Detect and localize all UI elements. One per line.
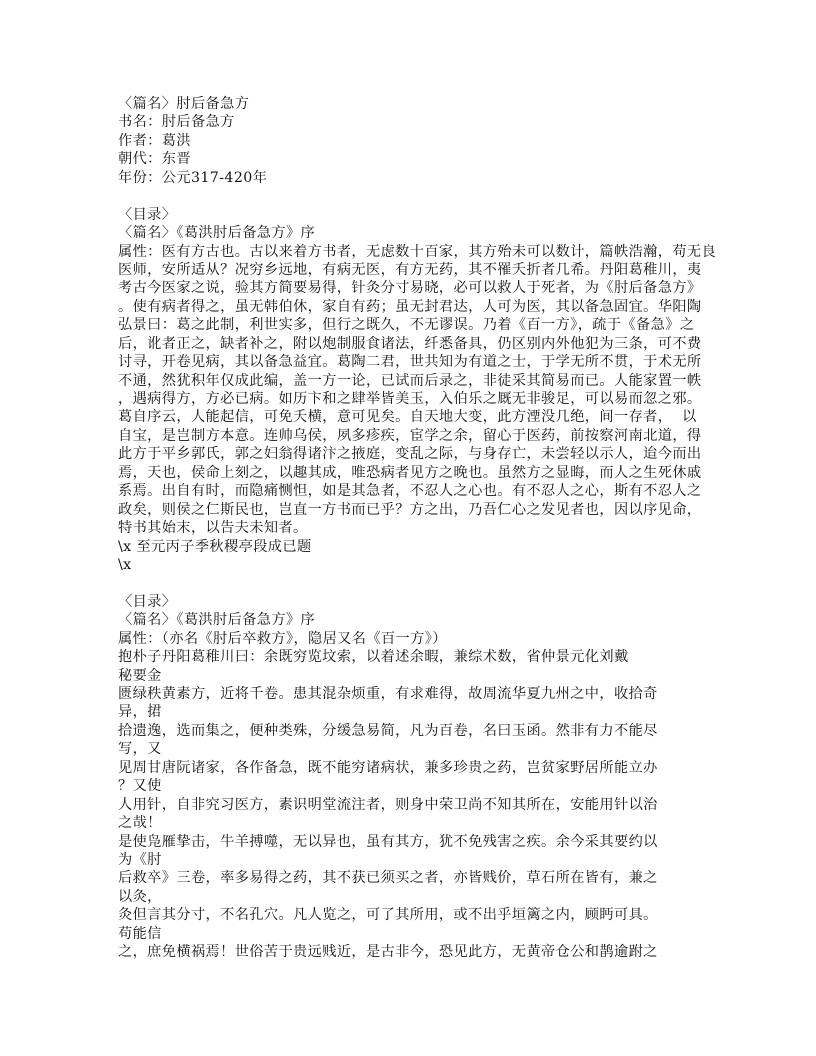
text-line: 异，捃 bbox=[118, 703, 708, 721]
blank-line bbox=[118, 187, 708, 205]
text-line: 焉，天也，侯命上刻之，以趣其成，唯恐病者见方之晚也。虽然方之显晦，而人之生死休戚 bbox=[118, 464, 708, 482]
text-line: 见周甘唐阮诸家，各作备急，既不能穷诸病状，兼多珍贵之药，岂贫家野居所能立办 bbox=[118, 759, 708, 777]
text-line: \x bbox=[118, 556, 708, 574]
text-line: 匮绿秩黄素方，近将千卷。患其混杂烦重，有求难得，故周流华夏九州之中，收拾奇 bbox=[118, 685, 708, 703]
text-line: ，遇病得方，方必已病。如历卞和之肆举皆美玉，入伯乐之厩无非骏足，可以易而忽之邪。 bbox=[118, 390, 708, 408]
text-line: 属性：医有方古也。古以来着方书者，无虑数十百家，其方殆未可以数计，篇帙浩瀚，苟无… bbox=[118, 243, 708, 261]
text-line: ？又使 bbox=[118, 777, 708, 795]
toc-tag: 〈目录〉 bbox=[118, 206, 708, 224]
text-line: 拾遗逸，选而集之，便种类殊，分缓急易简，凡为百卷，名曰玉函。然非有力不能尽 bbox=[118, 722, 708, 740]
years: 年份：公元317-420年 bbox=[118, 169, 708, 187]
text-line: 为《肘 bbox=[118, 851, 708, 869]
text-line: 后，讹者正之，缺者补之，附以炮制服食诸法，纤悉备具，仍区别内外他犯为三条，可不费 bbox=[118, 335, 708, 353]
toc-tag: 〈目录〉 bbox=[118, 593, 708, 611]
blank-line bbox=[118, 574, 708, 592]
text-line: 秘要金 bbox=[118, 667, 708, 685]
text-line: 以灸， bbox=[118, 888, 708, 906]
dynasty: 朝代：东晋 bbox=[118, 150, 708, 168]
chapter-title: 〈篇名〉《葛洪肘后备急方》序 bbox=[118, 224, 708, 242]
document-page: 〈篇名〉肘后备急方 书名：肘后备急方 作者：葛洪 朝代：东晋 年份：公元317-… bbox=[118, 95, 708, 962]
text-line: 系焉。出自有时，而隐痛恻怛，如是其急者，不忍人之心也。有不忍人之心，斯有不忍人之 bbox=[118, 482, 708, 500]
text-line: 抱朴子丹阳葛稚川曰：余既穷览坟索，以着述余暇，兼综术数，省仲景元化刘戴 bbox=[118, 648, 708, 666]
text-line: 。使有病者得之，虽无韩伯休，家自有药；虽无封君达，人可为医，其以备急固宜。华阳陶 bbox=[118, 298, 708, 316]
text-line: \x 至元丙子季秋稷亭段成已题 bbox=[118, 538, 708, 556]
chapter-title: 〈篇名〉《葛洪肘后备急方》序 bbox=[118, 611, 708, 629]
text-line: 灸但言其分寸，不名孔穴。凡人览之，可了其所用，或不出乎垣篱之内，顾眄可具。 bbox=[118, 906, 708, 924]
book-name: 书名：肘后备急方 bbox=[118, 113, 708, 131]
text-line: 自宝，是岂制方本意。连帅乌侯，夙多疹疾，宦学之余，留心于医药，前按察河南北道，得 bbox=[118, 427, 708, 445]
text-line: 政矣，则侯之仁斯民也，岂直一方书而已乎？方之出，乃吾仁心之发见者也，因以序见命， bbox=[118, 501, 708, 519]
text-line: 不通，然犹积年仅成此编，盖一方一论，已试而后录之，非徒采其简易而已。人能家置一帙 bbox=[118, 372, 708, 390]
title-line: 〈篇名〉肘后备急方 bbox=[118, 95, 708, 113]
text-line: 之，庶免横祸焉！世俗苦于贵远贱近，是古非今，恐见此方，无黄帝仓公和鹊逾跗之 bbox=[118, 943, 708, 961]
text-line: 考古今医家之说，验其方简要易得，针灸分寸易晓，必可以救人于死者，为《肘后备急方》 bbox=[118, 279, 708, 297]
text-line: 是使凫雁挚击，牛羊搏噬，无以异也，虽有其方，犹不免残害之疾。余今采其要约以 bbox=[118, 833, 708, 851]
text-line: 葛自序云，人能起信，可免夭横，意可见矣。自天地大变，此方湮没几绝，间一存者， 以 bbox=[118, 408, 708, 426]
text-line: 写，又 bbox=[118, 740, 708, 758]
text-line: 之哉！ bbox=[118, 814, 708, 832]
text-line: 讨寻，开卷见病，其以备急益宜。葛陶二君，世共知为有道之士，于学无所不贯，于术无所 bbox=[118, 353, 708, 371]
text-line: 特书其始末，以告夫未知者。 bbox=[118, 519, 708, 537]
author: 作者：葛洪 bbox=[118, 132, 708, 150]
text-line: 后救卒》三卷，率多易得之药，其不获已须买之者，亦皆贱价，草石所在皆有，兼之 bbox=[118, 869, 708, 887]
text-line: 属性：（亦名《肘后卒救方》，隐居又名《百一方》） bbox=[118, 630, 708, 648]
text-line: 人用针，自非究习医方，素识明堂流注者，则身中荣卫尚不知其所在，安能用针以治 bbox=[118, 796, 708, 814]
text-line: 苟能信 bbox=[118, 925, 708, 943]
text-line: 弘景曰：葛之此制，利世实多，但行之既久，不无谬误。乃着《百一方》，疏于《备急》之 bbox=[118, 316, 708, 334]
text-line: 此方于平乡郭氏，郭之妇翁得诸汴之掖庭，变乱之际，与身存亡，未尝轻以示人，迨今而出 bbox=[118, 445, 708, 463]
text-line: 医师，安所适从？况穷乡远地，有病无医，有方无药，其不罹夭折者几希。丹阳葛稚川，夷 bbox=[118, 261, 708, 279]
